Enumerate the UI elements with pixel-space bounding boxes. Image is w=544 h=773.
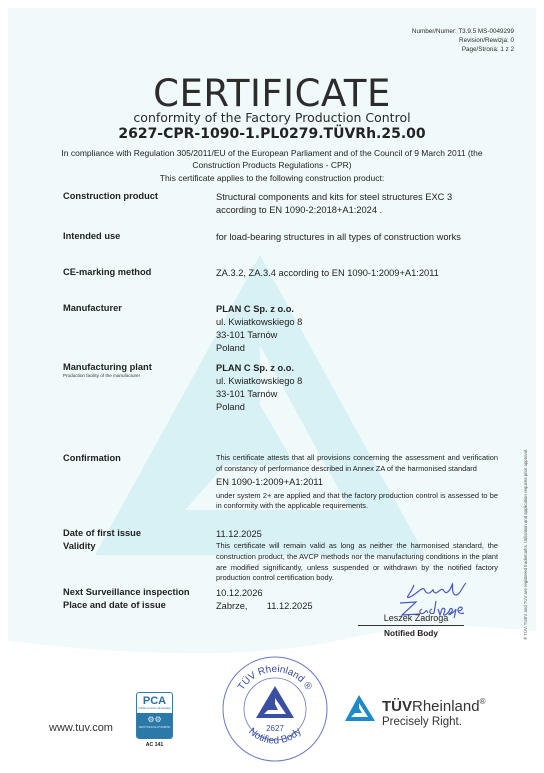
trademark-note: ® TÜV, TUEV and TUV are registered trade… <box>523 449 528 640</box>
field-label: Manufacturer <box>63 303 122 313</box>
signatory-role: Notified Body <box>358 628 464 638</box>
registered-mark: ® <box>480 697 486 706</box>
field-label: CE-marking method <box>63 267 151 277</box>
field-label: Construction product <box>63 191 158 201</box>
field-label: Manufacturing plant <box>63 362 152 372</box>
product-line-2: according to EN 1090-2:2018+A1:2024 . <box>216 204 498 217</box>
field-value: PLAN C Sp. z o.o. ul. Kwiatkowskiego 8 3… <box>216 362 498 414</box>
pca-tagline: Polskie Centrum Akredytacji <box>137 707 172 710</box>
field-label: Intended use <box>63 231 120 241</box>
plant-name: PLAN C Sp. z o.o. <box>216 362 498 375</box>
stamp-number: 2627 <box>266 724 284 733</box>
field-value: 11.12.2025 <box>216 528 498 541</box>
field-value: for load-bearing structures in all types… <box>216 231 498 244</box>
pca-bottom-text: CERTYFIKACJA WYROBÓW <box>137 726 172 729</box>
brand-tagline: Precisely Right. <box>382 716 462 728</box>
page-number: Page/Strona: 1 z 2 <box>412 45 514 54</box>
signatory-name: Leszek Zadroga <box>366 613 466 623</box>
manufacturer-name: PLAN C Sp. z o.o. <box>216 303 498 316</box>
confirmation-text-1: This certificate attests that all provis… <box>216 453 498 475</box>
brand-name-bold: TÜV <box>382 698 412 715</box>
confirmation-standard: EN 1090-1:2009+A1:2011 <box>216 476 498 489</box>
field-label: Confirmation <box>63 453 121 463</box>
signature-line <box>358 625 464 626</box>
document-number: Number/Numer: T3.9.5 MS-0049299 <box>412 27 514 36</box>
tuv-rheinland-triangle-icon <box>345 695 375 721</box>
document-reference: Number/Numer: T3.9.5 MS-0049299 Revision… <box>412 27 514 54</box>
certificate-number: 2627-CPR-1090-1.PL0279.TÜVRh.25.00 <box>0 126 544 142</box>
pca-logo-text: PCA <box>137 693 172 707</box>
field-sublabel: Production facility of the manufacturer <box>63 373 140 378</box>
field-label: Next Surveillance inspection <box>63 587 190 597</box>
product-line-1: Structural components and kits for steel… <box>216 191 498 204</box>
field-label: Date of first issue <box>63 528 141 538</box>
plant-city: 33-101 Tarnów <box>216 388 498 401</box>
pca-accreditation-code: AC 141 <box>136 742 173 748</box>
tuv-rheinland-brand: TÜVRheinland® <box>382 698 485 715</box>
notified-body-stamp: TÜV Rheinland ® Notified Body 2627 <box>220 654 330 764</box>
brand-name-regular: Rheinland <box>412 698 480 715</box>
pca-gears-icon: ⚙⚙ <box>137 713 172 726</box>
confirmation-text-2: under system 2+ are applied and that the… <box>216 491 498 513</box>
manufacturer-country: Poland <box>216 342 498 355</box>
field-value: PLAN C Sp. z o.o. ul. Kwiatkowskiego 8 3… <box>216 303 498 355</box>
field-value: This certificate attests that all provis… <box>216 453 498 512</box>
tuv-triangle-icon <box>256 686 294 718</box>
certificate-title: CERTIFICATE <box>0 72 544 115</box>
manufacturer-street: ul. Kwiatkowskiego 8 <box>216 316 498 329</box>
field-label: Place and date of issue <box>63 600 166 610</box>
pca-accreditation-logo: PCA Polskie Centrum Akredytacji ⚙⚙ CERTY… <box>136 692 173 739</box>
revision-number: Revision/Rewizja: 0 <box>412 36 514 45</box>
regulation-text: In compliance with Regulation 305/2011/E… <box>0 147 544 171</box>
applies-text: This certificate applies to the followin… <box>0 173 544 183</box>
field-value: Structural components and kits for steel… <box>216 191 498 216</box>
handwritten-signature <box>392 573 502 618</box>
plant-country: Poland <box>216 401 498 414</box>
plant-street: ul. Kwiatkowskiego 8 <box>216 375 498 388</box>
manufacturer-city: 33-101 Tarnów <box>216 329 498 342</box>
issue-date: 11.12.2025 <box>267 601 313 611</box>
issue-place: Zabrze, <box>216 601 248 611</box>
certificate-subtitle: conformity of the Factory Production Con… <box>0 110 544 125</box>
field-label: Validity <box>63 541 96 551</box>
website-link[interactable]: www.tuv.com <box>49 722 113 734</box>
field-value: ZA.3.2, ZA.3.4 according to EN 1090-1:20… <box>216 267 498 280</box>
